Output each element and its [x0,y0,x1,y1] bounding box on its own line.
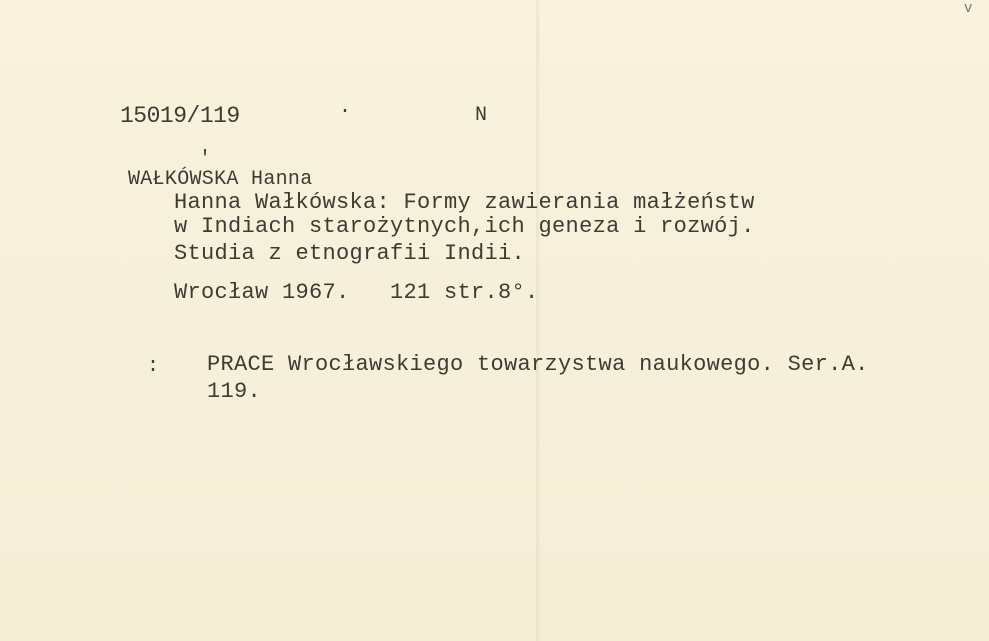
series-line: PRACE Wrocławskiego towarzystwa naukoweg… [207,351,869,379]
pencil-check-icon: v [964,0,972,16]
collection-mark: N [475,102,487,130]
series-line: 119. [207,378,261,406]
call-number: 15019/119 [120,102,240,130]
separator-dot: · [339,98,351,126]
series-marker: : [147,353,159,381]
title-line: w Indiach starożytnych,ich geneza i rozw… [174,213,755,241]
catalog-card: 15019/119 · N ʹ WAŁKÓWSKA Hanna Hanna Wa… [0,0,989,641]
title-line: Studia z etnografii Indii. [174,240,525,268]
imprint-line: Wrocław 1967. 121 str.8°. [174,279,539,307]
